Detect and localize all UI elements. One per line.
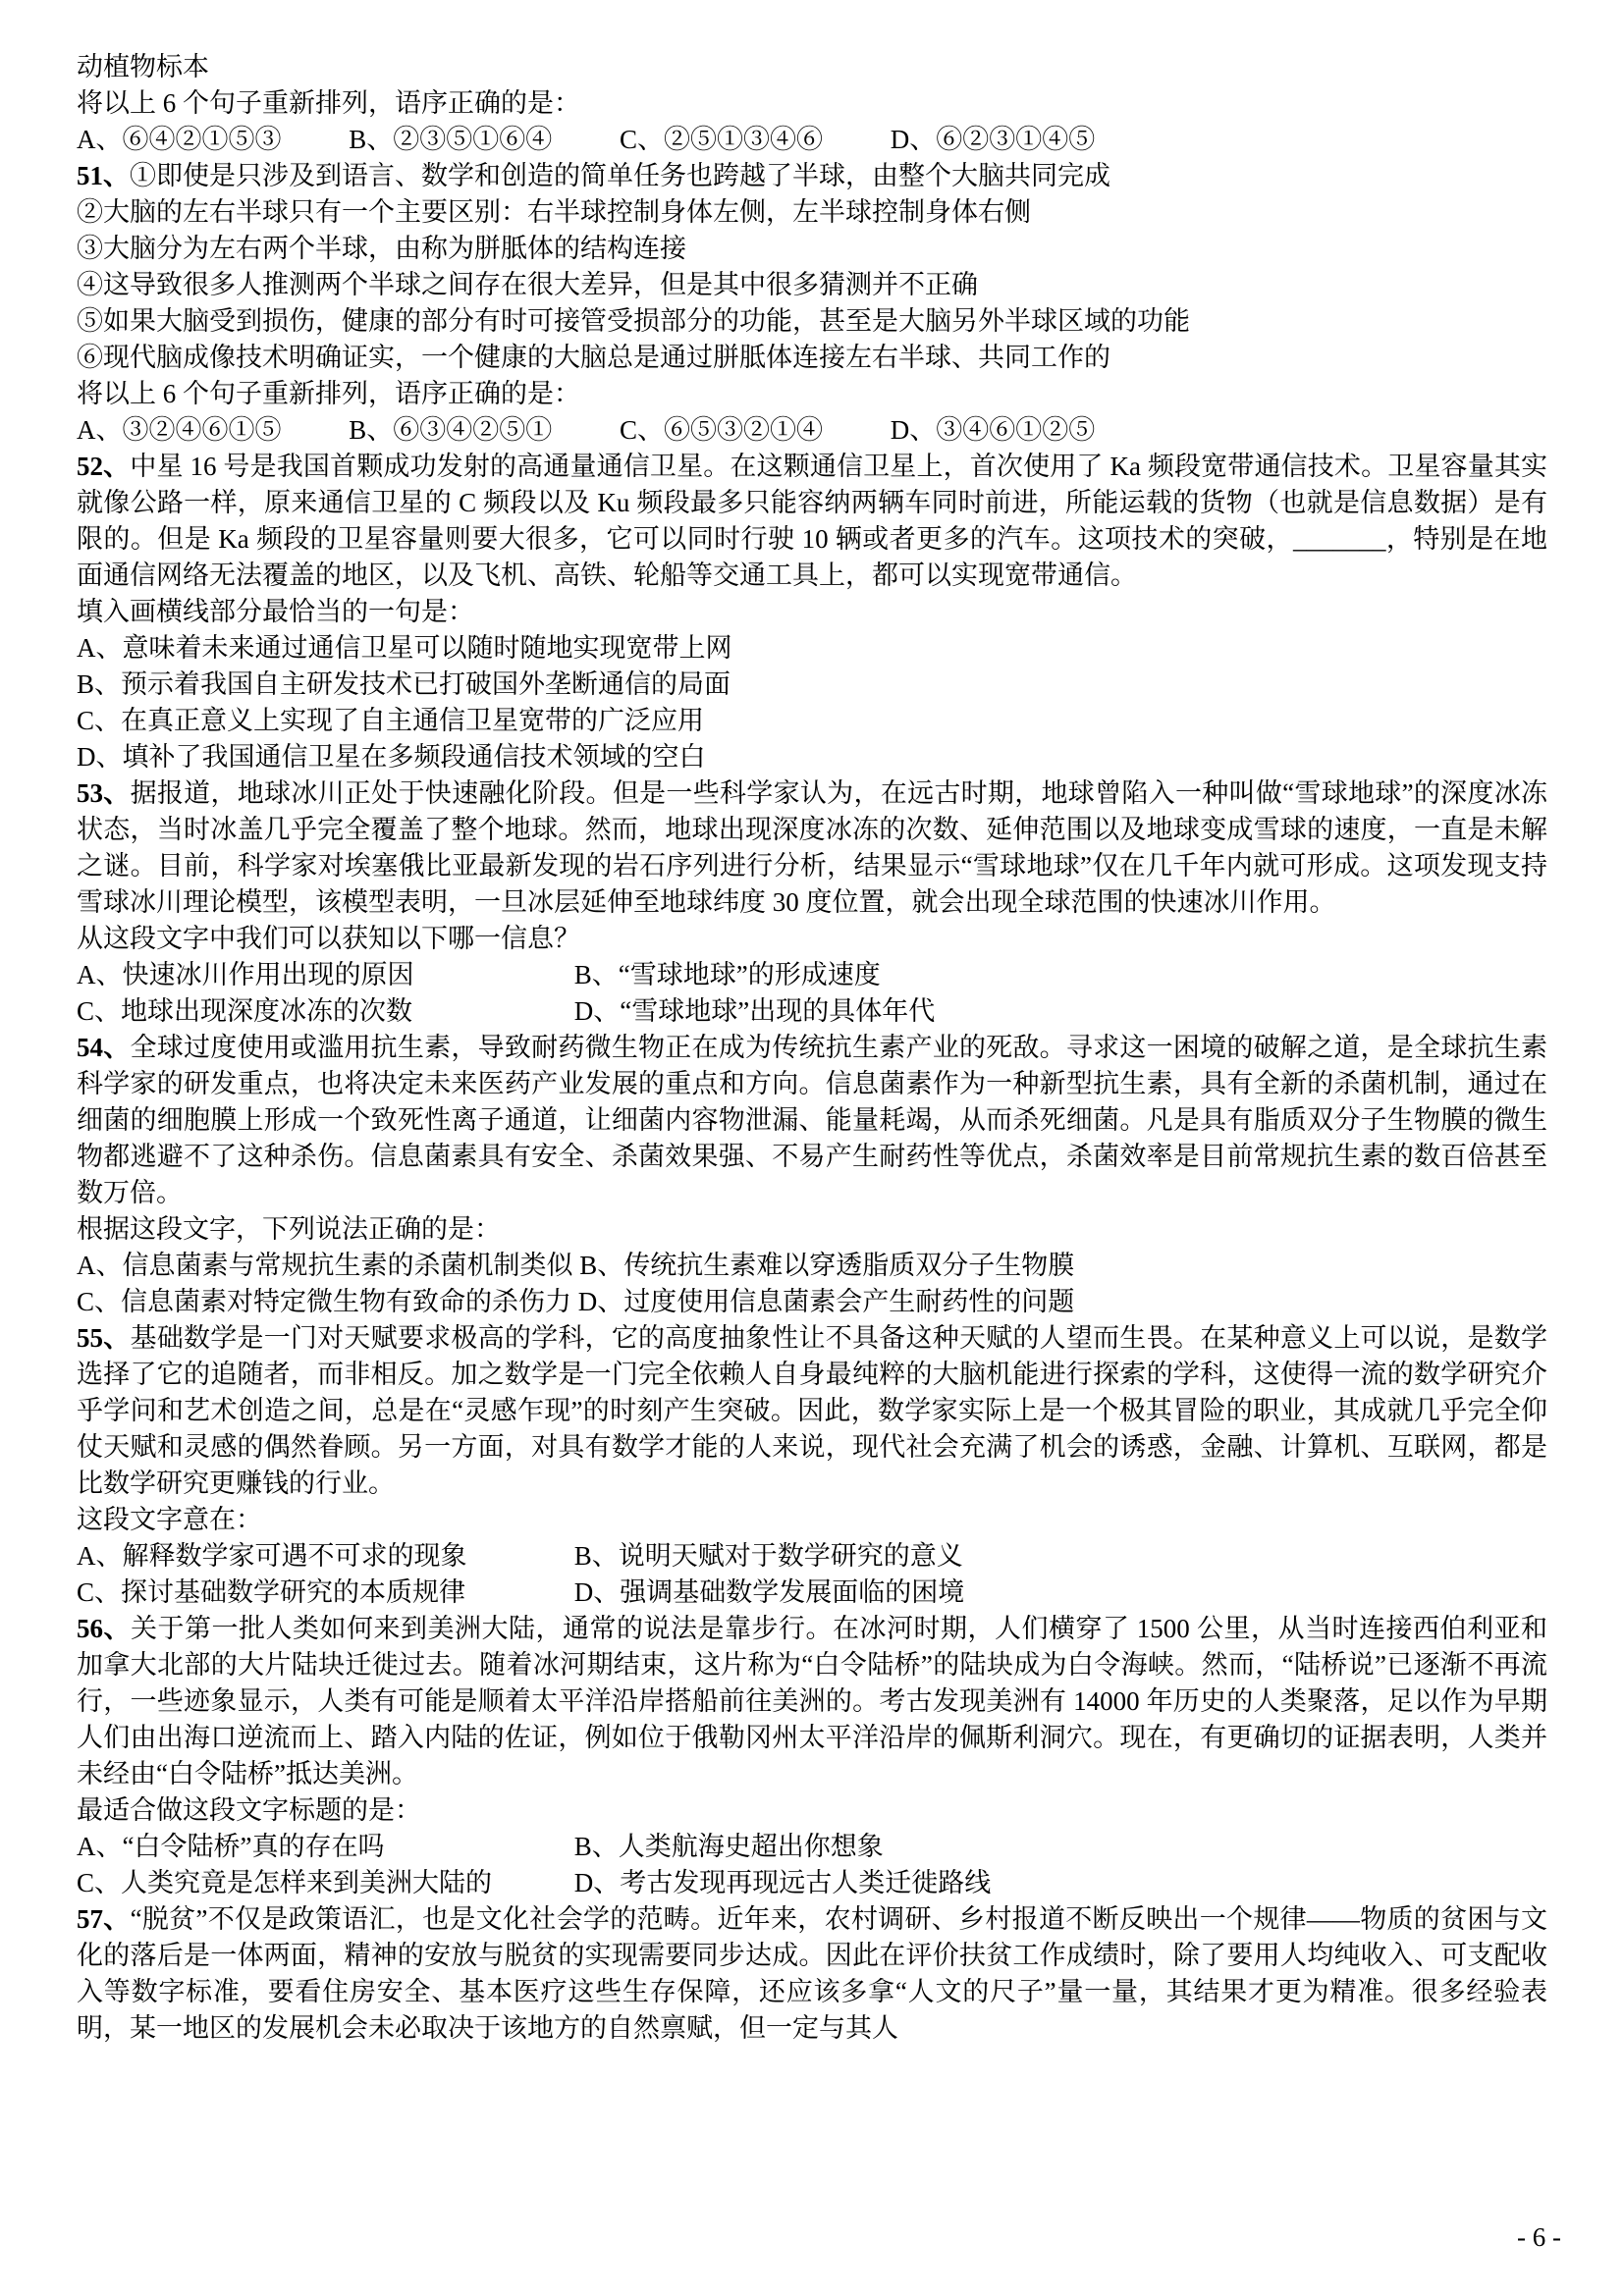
question-56-options-cd: C、人类究竟是怎样来到美洲大陆的 D、考古发现再现远古人类迁徙路线: [77, 1865, 1547, 1901]
question-53-paragraph-text: 据报道，地球冰川正处于快速融化阶段。但是一些科学家认为，在远古时期，地球曾陷入一…: [77, 778, 1547, 917]
question-57-paragraph: 57、“脱贫”不仅是政策语汇，也是文化社会学的范畴。近年来，农村调研、乡村报道不…: [77, 1901, 1547, 2047]
option-c: C、探讨基础数学研究的本质规律: [77, 1575, 568, 1611]
option-a: A、“白令陆桥”真的存在吗: [77, 1829, 568, 1865]
question-52-option-b: B、预示着我国自主研发技术已打破国外垄断通信的局面: [77, 667, 1547, 703]
question-52-option-c: C、在真正意义上实现了自主通信卫星宽带的广泛应用: [77, 703, 1547, 739]
question-54-options-ab: A、信息菌素与常规抗生素的杀菌机制类似 B、传统抗生素难以穿透脂质双分子生物膜: [77, 1248, 1547, 1284]
question-51-sentence-3: ③大脑分为左右两个半球，由称为胼胝体的结构连接: [77, 231, 1547, 267]
document-page: 动植物标本 将以上 6 个句子重新排列，语序正确的是： A、⑥④②①⑤③ B、②…: [0, 0, 1624, 2296]
option-d: D、“雪球地球”出现的具体年代: [574, 993, 935, 1030]
question-56-number: 56、: [77, 1614, 131, 1643]
question-55-prompt: 这段文字意在：: [77, 1502, 1547, 1538]
option-d: D、考古发现再现远古人类迁徙路线: [574, 1865, 992, 1901]
page-number: - 6 -: [1517, 2221, 1561, 2253]
option-b: B、②③⑤①⑥④: [349, 122, 552, 158]
question-51-sentence-4: ④这导致很多人推测两个半球之间存在很大差异，但是其中很多猜测并不正确: [77, 267, 1547, 303]
question-52-option-d: D、填补了我国通信卫星在多频段通信技术领域的空白: [77, 739, 1547, 775]
question-52-paragraph: 52、中星 16 号是我国首颗成功发射的高通量通信卫星。在这颗通信卫星上，首次使…: [77, 449, 1547, 594]
option-c: C、⑥⑤③②①④: [620, 412, 823, 449]
question-53-options-cd: C、地球出现深度冰冻的次数 D、“雪球地球”出现的具体年代: [77, 993, 1547, 1030]
question-52-number: 52、: [77, 452, 130, 481]
question-56-paragraph: 56、关于第一批人类如何来到美洲大陆，通常的说法是靠步行。在冰河时期，人们横穿了…: [77, 1611, 1547, 1792]
question-51-options-row: A、③②④⑥①⑤ B、⑥③④②⑤① C、⑥⑤③②①④ D、③④⑥①②⑤: [77, 412, 1547, 449]
question-51-rearrange-prompt: 将以上 6 个句子重新排列，语序正确的是：: [77, 376, 1547, 412]
question-55-paragraph-text: 基础数学是一门对天赋要求极高的学科，它的高度抽象性让不具备这种天赋的人望而生畏。…: [77, 1323, 1547, 1498]
question-51-sentence-2: ②大脑的左右半球只有一个主要区别：右半球控制身体左侧，左半球控制身体右侧: [77, 194, 1547, 231]
option-a: A、③②④⑥①⑤: [77, 412, 282, 449]
question-57-number: 57、: [77, 1904, 131, 1934]
question-50-rearrange-prompt: 将以上 6 个句子重新排列，语序正确的是：: [77, 85, 1547, 122]
question-51-number: 51、: [77, 161, 130, 190]
option-b: B、传统抗生素难以穿透脂质双分子生物膜: [579, 1248, 1074, 1284]
option-c: C、地球出现深度冰冻的次数: [77, 993, 568, 1030]
option-d: D、过度使用信息菌素会产生耐药性的问题: [578, 1284, 1075, 1320]
option-c: C、人类究竟是怎样来到美洲大陆的: [77, 1865, 568, 1901]
question-51-sentence-1: 51、①即使是只涉及到语言、数学和创造的简单任务也跨越了半球，由整个大脑共同完成: [77, 158, 1547, 194]
question-55-options-cd: C、探讨基础数学研究的本质规律 D、强调基础数学发展面临的困境: [77, 1575, 1547, 1611]
question-56-prompt: 最适合做这段文字标题的是：: [77, 1792, 1547, 1829]
question-54-number: 54、: [77, 1033, 130, 1062]
question-51-sentence-6: ⑥现代脑成像技术明确证实，一个健康的大脑总是通过胼胝体连接左右半球、共同工作的: [77, 340, 1547, 376]
question-52-option-a: A、意味着未来通过通信卫星可以随时随地实现宽带上网: [77, 630, 1547, 667]
question-54-paragraph: 54、全球过度使用或滥用抗生素，导致耐药微生物正在成为传统抗生素产业的死敌。寻求…: [77, 1030, 1547, 1211]
question-51-sentence-5: ⑤如果大脑受到损伤，健康的部分有时可接管受损部分的功能，甚至是大脑另外半球区域的…: [77, 303, 1547, 340]
option-d: D、③④⑥①②⑤: [891, 412, 1096, 449]
question-52-prompt: 填入画横线部分最恰当的一句是：: [77, 594, 1547, 630]
option-d: D、强调基础数学发展面临的困境: [574, 1575, 965, 1611]
question-50-options-row: A、⑥④②①⑤③ B、②③⑤①⑥④ C、②⑤①③④⑥ D、⑥②③①④⑤: [77, 122, 1547, 158]
stem-continuation-line: 动植物标本: [77, 49, 1547, 85]
question-53-prompt: 从这段文字中我们可以获知以下哪一信息？: [77, 921, 1547, 957]
option-a: A、解释数学家可遇不可求的现象: [77, 1538, 568, 1575]
question-51-sentence-1-text: ①即使是只涉及到语言、数学和创造的简单任务也跨越了半球，由整个大脑共同完成: [130, 161, 1110, 190]
option-d: D、⑥②③①④⑤: [891, 122, 1096, 158]
question-56-paragraph-text: 关于第一批人类如何来到美洲大陆，通常的说法是靠步行。在冰河时期，人们横穿了 15…: [77, 1614, 1547, 1789]
question-54-options-cd: C、信息菌素对特定微生物有致命的杀伤力 D、过度使用信息菌素会产生耐药性的问题: [77, 1284, 1547, 1320]
question-53-options-ab: A、快速冰川作用出现的原因 B、“雪球地球”的形成速度: [77, 957, 1547, 993]
option-b: B、“雪球地球”的形成速度: [574, 957, 881, 993]
question-52-paragraph-text: 中星 16 号是我国首颗成功发射的高通量通信卫星。在这颗通信卫星上，首次使用了 …: [77, 452, 1547, 590]
option-a: A、信息菌素与常规抗生素的杀菌机制类似: [77, 1248, 573, 1284]
question-56-options-ab: A、“白令陆桥”真的存在吗 B、人类航海史超出你想象: [77, 1829, 1547, 1865]
question-54-prompt: 根据这段文字，下列说法正确的是：: [77, 1211, 1547, 1248]
question-53-paragraph: 53、据报道，地球冰川正处于快速融化阶段。但是一些科学家认为，在远古时期，地球曾…: [77, 775, 1547, 921]
option-b: B、⑥③④②⑤①: [349, 412, 552, 449]
question-54-paragraph-text: 全球过度使用或滥用抗生素，导致耐药微生物正在成为传统抗生素产业的死敌。寻求这一困…: [77, 1033, 1547, 1207]
question-55-paragraph: 55、基础数学是一门对天赋要求极高的学科，它的高度抽象性让不具备这种天赋的人望而…: [77, 1320, 1547, 1502]
question-53-number: 53、: [77, 778, 131, 808]
option-a: A、⑥④②①⑤③: [77, 122, 282, 158]
option-c: C、②⑤①③④⑥: [620, 122, 823, 158]
option-b: B、人类航海史超出你想象: [574, 1829, 884, 1865]
question-55-number: 55、: [77, 1323, 130, 1353]
question-57-paragraph-text: “脱贫”不仅是政策语汇，也是文化社会学的范畴。近年来，农村调研、乡村报道不断反映…: [77, 1904, 1547, 2043]
option-a: A、快速冰川作用出现的原因: [77, 957, 568, 993]
option-b: B、说明天赋对于数学研究的意义: [574, 1538, 963, 1575]
option-c: C、信息菌素对特定微生物有致命的杀伤力: [77, 1284, 571, 1320]
question-55-options-ab: A、解释数学家可遇不可求的现象 B、说明天赋对于数学研究的意义: [77, 1538, 1547, 1575]
